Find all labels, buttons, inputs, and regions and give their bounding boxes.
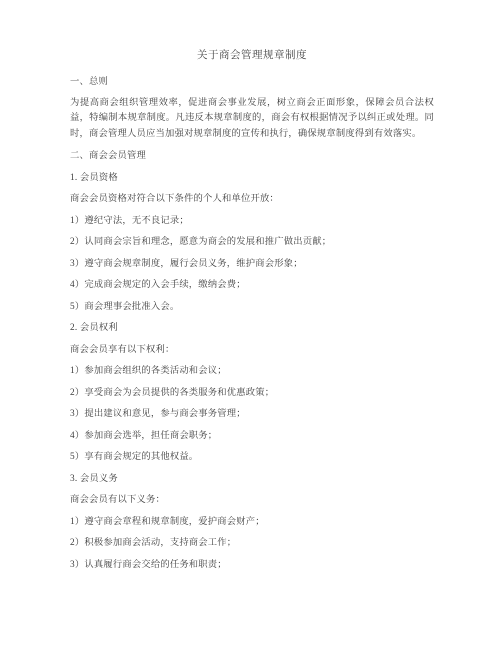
lead-in-rights: 商会会员享有以下权利： <box>70 342 434 358</box>
subsection-heading-obligations: 3. 会员义务 <box>70 471 434 487</box>
list-item-obligations-3: 3）认真履行商会交给的任务和职责； <box>70 557 434 573</box>
document-title: 关于商会管理规章制度 <box>70 47 434 64</box>
list-item-obligations-1: 1）遵守商会章程和规章制度，爱护商会财产； <box>70 514 434 530</box>
subsection-heading-rights: 2. 会员权利 <box>70 320 434 336</box>
list-item-qualification-5: 5）商会理事会批准入会。 <box>70 299 434 315</box>
list-item-rights-4: 4）参加商会选举，担任商会职务； <box>70 428 434 444</box>
list-item-qualification-2: 2）认同商会宗旨和理念，愿意为商会的发展和推广做出贡献； <box>70 234 434 250</box>
list-item-qualification-3: 3）遵守商会规章制度，履行会员义务，维护商会形象； <box>70 256 434 272</box>
list-item-qualification-4: 4）完成商会规定的入会手续，缴纳会费； <box>70 277 434 293</box>
list-item-rights-5: 5）享有商会规定的其他权益。 <box>70 449 434 465</box>
section-heading-membership: 二、商会会员管理 <box>70 148 434 164</box>
list-item-obligations-2: 2）积极参加商会活动，支持商会工作； <box>70 535 434 551</box>
list-item-rights-1: 1）参加商会组织的各类活动和会议； <box>70 363 434 379</box>
section-heading-general: 一、总则 <box>70 74 434 90</box>
subsection-heading-qualification: 1. 会员资格 <box>70 170 434 186</box>
lead-in-obligations: 商会会员有以下义务： <box>70 492 434 508</box>
list-item-qualification-1: 1）遵纪守法，无不良记录； <box>70 213 434 229</box>
intro-paragraph: 为提高商会组织管理效率，促进商会事业发展，树立商会正面形象，保障会员合法权益，特… <box>70 96 434 143</box>
lead-in-qualification: 商会会员资格对符合以下条件的个人和单位开放： <box>70 191 434 207</box>
list-item-rights-2: 2）享受商会为会员提供的各类服务和优惠政策； <box>70 385 434 401</box>
document-page: 关于商会管理规章制度 一、总则 为提高商会组织管理效率，促进商会事业发展，树立商… <box>0 0 502 649</box>
list-item-rights-3: 3）提出建议和意见，参与商会事务管理； <box>70 406 434 422</box>
